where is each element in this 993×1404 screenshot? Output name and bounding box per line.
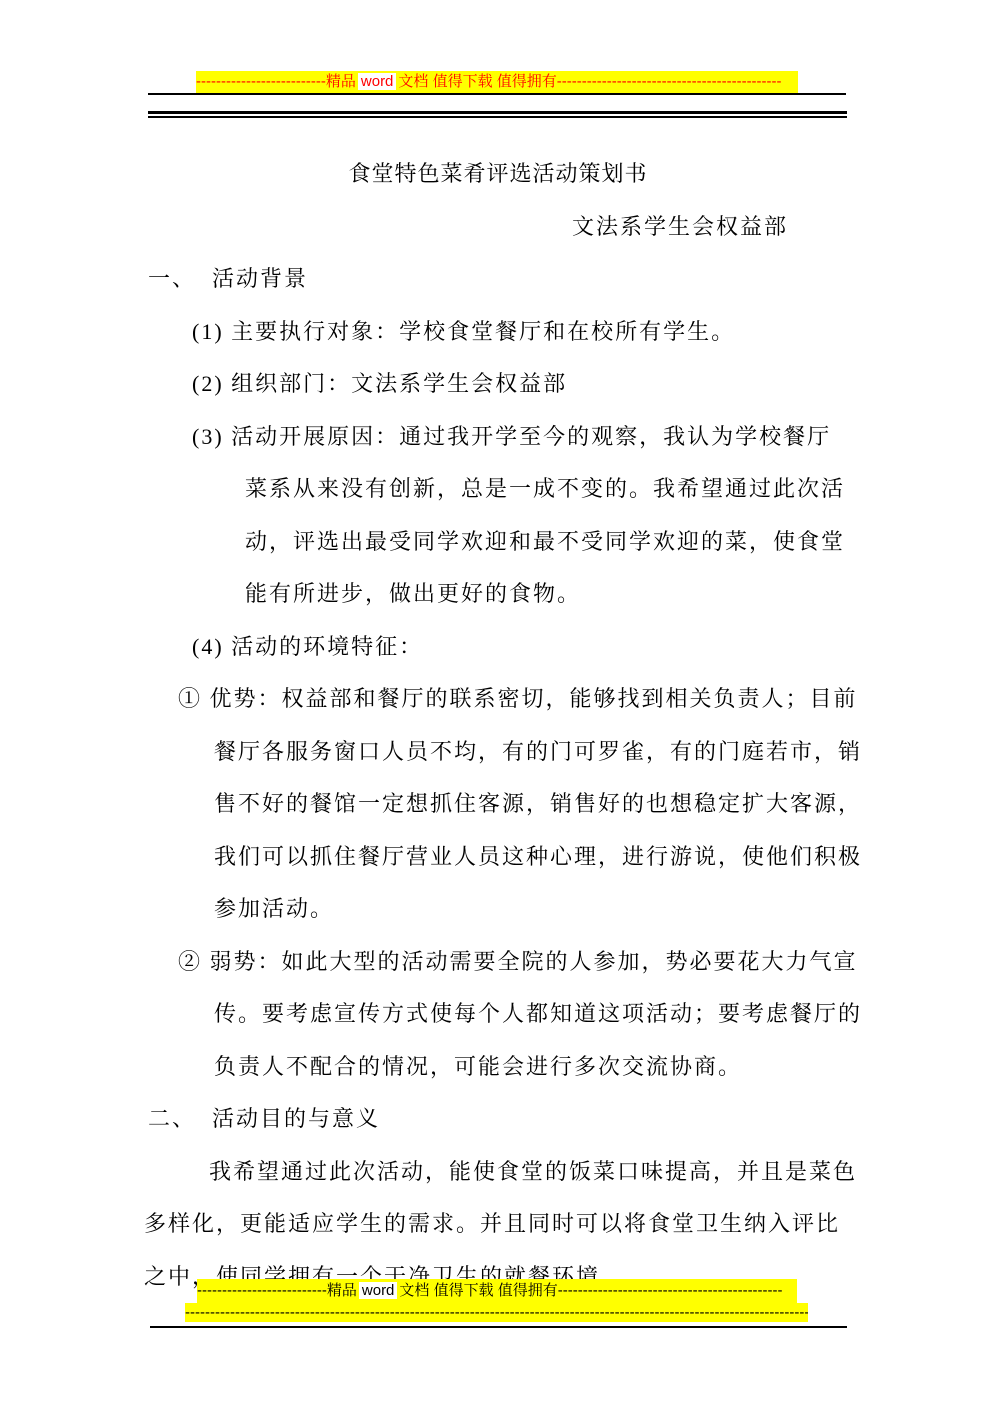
paragraph-line: 多样化，更能适应学生的需求。并且同时可以将食堂卫生纳入评比 xyxy=(144,1198,848,1251)
line-text: (3) 活动开展原因：通过我开学至今的观察，我认为学校餐厅 xyxy=(192,424,831,449)
list-item-2: (2) 组织部门：文法系学生会权益部 xyxy=(192,358,848,411)
text-line: 菜系从来没有创新，总是一成不变的。我希望通过此次活 xyxy=(245,463,848,516)
text-line: 参加活动。 xyxy=(214,883,848,936)
list-item-4: (4) 活动的环境特征： xyxy=(192,621,848,674)
line-text: 餐厅各服务窗口人员不均，有的门可罗雀，有的门庭若市，销 xyxy=(214,739,862,764)
horizontal-rule-bottom xyxy=(150,1326,847,1328)
line-text: 多样化，更能适应学生的需求。并且同时可以将食堂卫生纳入评比 xyxy=(144,1211,840,1236)
line-text: ① 优势：权益部和餐厅的联系密切，能够找到相关负责人；目前 xyxy=(178,686,858,711)
line-text: 动，评选出最受同学欢迎和最不受同学欢迎的菜，使食堂 xyxy=(245,529,845,554)
text-line: 能有所进步，做出更好的食物。 xyxy=(245,568,848,621)
line-text: 能有所进步，做出更好的食物。 xyxy=(245,581,581,606)
text-line: 动，评选出最受同学欢迎和最不受同学欢迎的菜，使食堂 xyxy=(245,516,848,569)
text-line: 我们可以抓住餐厅营业人员这种心理，进行游说，使他们积极 xyxy=(214,831,848,884)
banner-word-text: word xyxy=(359,1282,398,1299)
section-number: 一、 xyxy=(148,253,212,306)
banner-dashes: ----------------------------------------… xyxy=(185,1304,808,1321)
horizontal-rule-double xyxy=(148,111,847,118)
banner-slogan-text: 文档 值得下载 值得拥有 xyxy=(399,1282,557,1299)
line-text: 活动目的与意义 xyxy=(212,1106,380,1131)
banner-dashes-left: -------------------------- xyxy=(196,73,326,90)
line-text: 我希望通过此次活动，能使食堂的饭菜口味提高，并且是菜色 xyxy=(209,1159,857,1184)
banner-dashes-left: -------------------------- xyxy=(197,1282,327,1299)
section-heading-1: 一、活动背景 xyxy=(148,253,848,306)
banner-slogan-text: 文档 值得下载 值得拥有 xyxy=(398,73,556,90)
text-line: 餐厅各服务窗口人员不均，有的门可罗雀，有的门庭若市，销 xyxy=(214,726,848,779)
line-text: (2) 组织部门：文法系学生会权益部 xyxy=(192,371,567,396)
line-text: 菜系从来没有创新，总是一成不变的。我希望通过此次活 xyxy=(245,476,845,501)
circle-item-2: ② 弱势：如此大型的活动需要全院的人参加，势必要花大力气宣 xyxy=(178,936,848,989)
line-text: 售不好的餐馆一定想抓住客源，销售好的也想稳定扩大客源， xyxy=(214,791,862,816)
line-text: ② 弱势：如此大型的活动需要全院的人参加，势必要花大力气宣 xyxy=(178,949,858,974)
text-line: 售不好的餐馆一定想抓住客源，销售好的也想稳定扩大客源， xyxy=(214,778,848,831)
banner-word-text: word xyxy=(358,73,397,90)
line-text: (4) 活动的环境特征： xyxy=(192,634,423,659)
text-line: 传。要考虑宣传方式使每个人都知道这项活动；要考虑餐厅的 xyxy=(214,988,848,1041)
line-text: 我们可以抓住餐厅营业人员这种心理，进行游说，使他们积极 xyxy=(214,844,862,869)
circle-item-1: ① 优势：权益部和餐厅的联系密切，能够找到相关负责人；目前 xyxy=(178,673,848,726)
line-text: (1) 主要执行对象：学校食堂餐厅和在校所有学生。 xyxy=(192,319,735,344)
document-page: --------------------------精品word文档 值得下载 … xyxy=(0,0,993,1404)
banner-brand-text: 精品 xyxy=(326,73,356,90)
section-number: 二、 xyxy=(148,1093,212,1146)
banner-dashes-right: ----------------------------------------… xyxy=(558,1282,783,1299)
promo-banner-bottom: --------------------------精品word文档 值得下载 … xyxy=(197,1279,797,1303)
promo-banner-top: --------------------------精品word文档 值得下载 … xyxy=(196,71,798,93)
list-item-3: (3) 活动开展原因：通过我开学至今的观察，我认为学校餐厅 xyxy=(192,411,848,464)
text-line: 负责人不配合的情况，可能会进行多次交流协商。 xyxy=(214,1041,848,1094)
section-heading-2: 二、活动目的与意义 xyxy=(148,1093,848,1146)
line-text: 参加活动。 xyxy=(214,896,334,921)
promo-banner-dash-line: ----------------------------------------… xyxy=(185,1303,808,1322)
line-text: 负责人不配合的情况，可能会进行多次交流协商。 xyxy=(214,1054,742,1079)
list-item-1: (1) 主要执行对象：学校食堂餐厅和在校所有学生。 xyxy=(192,306,848,359)
line-text: 传。要考虑宣传方式使每个人都知道这项活动；要考虑餐厅的 xyxy=(214,1001,862,1026)
horizontal-rule-thin xyxy=(148,93,846,95)
page-title: 食堂特色菜肴评选活动策划书 xyxy=(148,148,848,201)
paragraph-line: 我希望通过此次活动，能使食堂的饭菜口味提高，并且是菜色 xyxy=(209,1146,848,1199)
body-lines: 一、活动背景(1) 主要执行对象：学校食堂餐厅和在校所有学生。(2) 组织部门：… xyxy=(148,253,848,1303)
banner-brand-text: 精品 xyxy=(327,1282,357,1299)
line-text: 活动背景 xyxy=(212,266,308,291)
page-subtitle: 文法系学生会权益部 xyxy=(148,201,848,254)
banner-dashes-right: ----------------------------------------… xyxy=(557,73,782,90)
document-body: 食堂特色菜肴评选活动策划书 文法系学生会权益部 一、活动背景(1) 主要执行对象… xyxy=(148,148,848,1303)
